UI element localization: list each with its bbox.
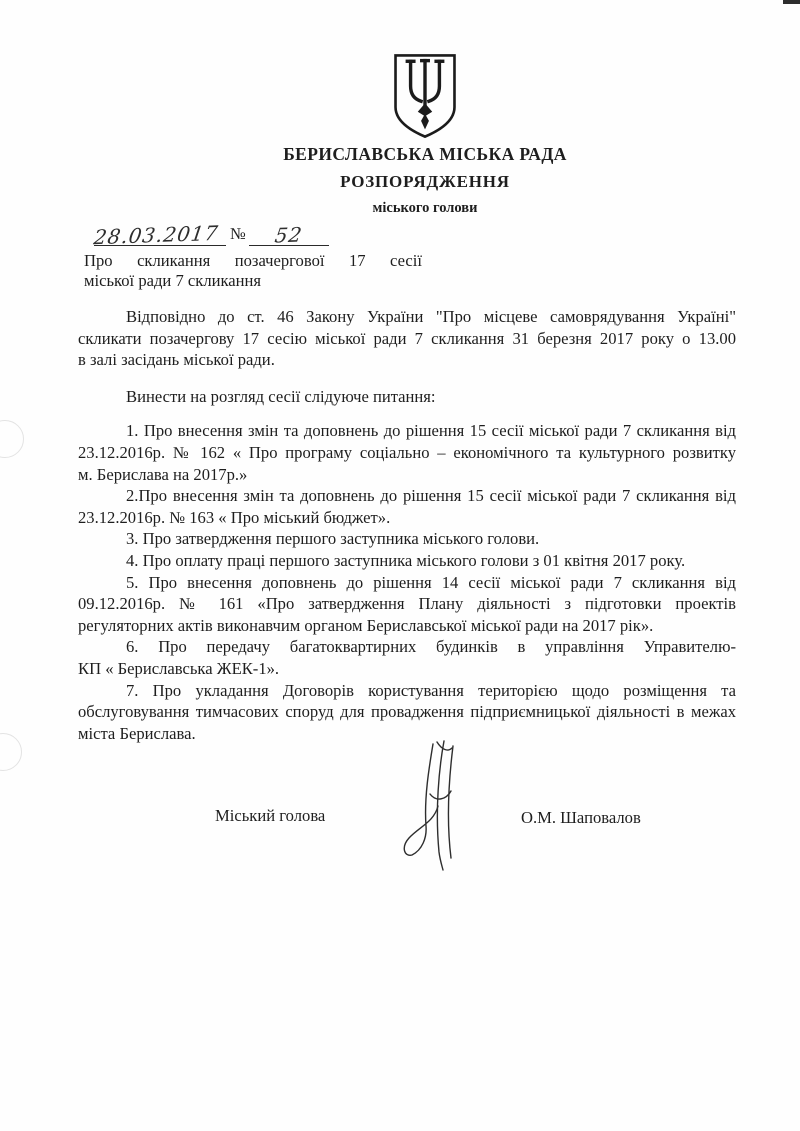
- agenda-item-line: 5. Про внесення доповнень до рішення 14 …: [78, 572, 736, 594]
- document-subject: Про скликання позачергової 17 сесії місь…: [84, 251, 422, 290]
- agenda-item-line: м. Берислава на 2017р.»: [78, 464, 736, 486]
- document-header: БЕРИСЛАВСЬКА МІСЬКА РАДА РОЗПОРЯДЖЕННЯ м…: [25, 0, 800, 216]
- date-field: 28.03.2017: [94, 223, 226, 246]
- number-sign: №: [226, 222, 249, 246]
- paper-curl-artifact: [0, 733, 22, 771]
- agenda-item-3: 3. Про затвердження першого заступника м…: [78, 528, 736, 550]
- handwritten-signature-icon: [390, 736, 472, 874]
- agenda-item-7: 7. Про укладання Договорів користування …: [78, 680, 736, 745]
- signer-name: О.М. Шаповалов: [521, 808, 641, 828]
- intro-paragraph: Відповідно до ст. 46 Закону України "Про…: [78, 306, 736, 371]
- agenda-lead: Винести на розгляд сесії слідуюче питанн…: [78, 386, 736, 408]
- agenda-item-line: КП « Бериславська ЖЕК-1».: [78, 658, 736, 680]
- tryzub-emblem-icon: [387, 52, 463, 140]
- document-body: Відповідно до ст. 46 Закону України "Про…: [78, 306, 736, 932]
- handwritten-number: 52: [273, 222, 304, 247]
- agenda-item-line: 23.12.2016р. № 163 « Про міський бюджет»…: [78, 507, 736, 529]
- agenda-item-2: 2.Про внесення змін та доповнень до ріше…: [78, 485, 736, 528]
- agenda-item-4: 4. Про оплату праці першого заступника м…: [78, 550, 736, 572]
- intro-line: скликати позачергову 17 сесію міської ра…: [78, 328, 736, 350]
- subject-line: Про скликання позачергової 17 сесії: [84, 251, 422, 271]
- agenda-items: 1. Про внесення змін та доповнень до ріш…: [78, 420, 736, 744]
- number-field: 52: [249, 223, 329, 246]
- agenda-item-line: обслуговування тимчасових споруд для про…: [78, 701, 736, 723]
- intro-line: в залі засідань міської ради.: [78, 349, 736, 371]
- document-author-line: міського голови: [25, 200, 800, 216]
- signature-block: Міський голова О.М. Шаповалов: [78, 762, 736, 932]
- date-number-row: 28.03.2017№52: [94, 222, 800, 248]
- agenda-item-line: 23.12.2016р. № 162 « Про програму соціал…: [78, 442, 736, 464]
- document-type-title: РОЗПОРЯДЖЕННЯ: [25, 172, 800, 192]
- agenda-item-1: 1. Про внесення змін та доповнень до ріш…: [78, 420, 736, 485]
- signer-title: Міський голова: [215, 806, 325, 826]
- subject-line: міської ради 7 скликання: [84, 271, 422, 291]
- document-meta: 28.03.2017№52 Про скликання позачергової…: [84, 222, 800, 290]
- agenda-item-line: 09.12.2016р. № 161 «Про затвердження Пла…: [78, 593, 736, 615]
- paper-curl-artifact: [0, 420, 24, 458]
- agenda-item-5: 5. Про внесення доповнень до рішення 14 …: [78, 572, 736, 637]
- organization-name: БЕРИСЛАВСЬКА МІСЬКА РАДА: [25, 144, 800, 164]
- agenda-item-line: 3. Про затвердження першого заступника м…: [78, 528, 736, 550]
- agenda-item-line: 1. Про внесення змін та доповнень до ріш…: [78, 420, 736, 442]
- agenda-item-6: 6. Про передачу багатоквартирних будинкі…: [78, 636, 736, 679]
- intro-line: Відповідно до ст. 46 Закону України "Про…: [78, 306, 736, 328]
- agenda-item-line: 7. Про укладання Договорів користування …: [78, 680, 736, 702]
- agenda-item-line: 2.Про внесення змін та доповнень до ріше…: [78, 485, 736, 507]
- agenda-item-line: 4. Про оплату праці першого заступника м…: [78, 550, 736, 572]
- handwritten-date: 28.03.2017: [92, 221, 220, 249]
- agenda-item-line: 6. Про передачу багатоквартирних будинкі…: [78, 636, 736, 658]
- scanned-document-page: БЕРИСЛАВСЬКА МІСЬКА РАДА РОЗПОРЯДЖЕННЯ м…: [0, 0, 800, 1131]
- agenda-item-line: регуляторних актів виконавчим органом Бе…: [78, 615, 736, 637]
